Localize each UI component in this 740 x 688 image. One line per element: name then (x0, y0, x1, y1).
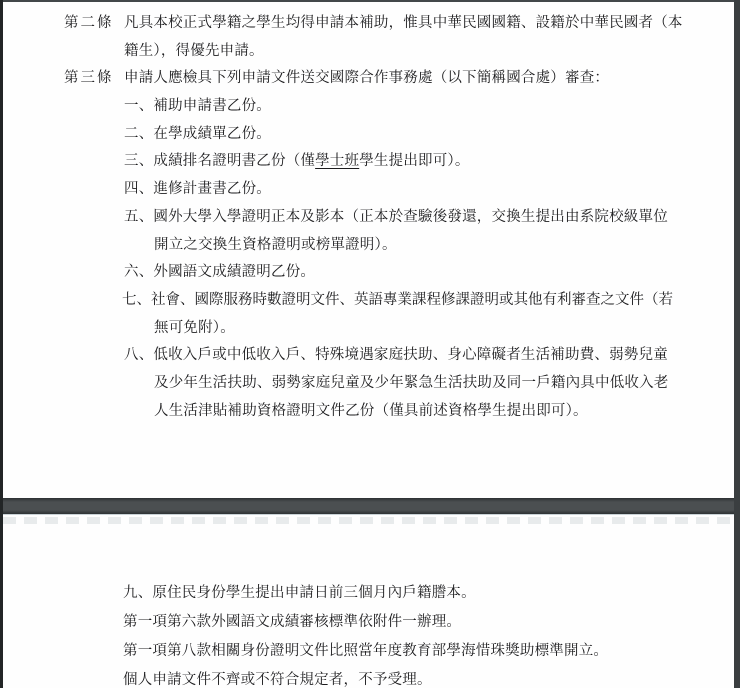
document-line: 六、外國語文成績證明乙份。 (124, 264, 315, 281)
document-text-layer: 第二條 凡具本校正式學籍之學生均得申請本補助，惟具中華民國國籍、設籍於中華民國者… (0, 0, 740, 688)
line-segment: 三、成績排名證明書乙份（僅 (124, 153, 315, 169)
document-line: 開立之交換生資格證明或榜單證明）。 (154, 237, 397, 254)
document-line: 一、補助申請書乙份。 (124, 98, 271, 115)
document-line: 第一項第八款相關身份證明文件比照當年度教育部學海惜珠獎助標準開立。 (123, 643, 608, 660)
document-line: 凡具本校正式學籍之學生均得申請本補助，惟具中華民國國籍、設籍於中華民國者（本 (124, 15, 683, 32)
underlined-text: 學士班 (315, 153, 359, 169)
document-viewer: 第二條 凡具本校正式學籍之學生均得申請本補助，惟具中華民國國籍、設籍於中華民國者… (0, 0, 740, 688)
document-line: 個人申請文件不齊或不符合規定者，不予受理。 (123, 672, 432, 688)
document-line: 籍生），得優先申請。 (124, 43, 264, 60)
document-line: 第一項第六款外國語文成績審核標準依附件一辦理。 (123, 614, 461, 631)
document-line: 及少年生活扶助、弱勢家庭兒童及少年緊急生活扶助及同一戶籍內具中低收入老 (154, 375, 669, 392)
document-line: 五、國外大學入學證明正本及影本（正本於查驗後發還，交換生提出由系院校級單位 (124, 209, 668, 226)
document-line: 七、社會、國際服務時數證明文件、英語專業課程修課證明或其他有利審查之文件（若 (122, 292, 673, 309)
window-left-edge (0, 0, 3, 688)
document-line: 八、低收入戶或中低收入戶、特殊境遇家庭扶助、身心障礙者生活補助費、弱勢兒童 (124, 347, 668, 364)
document-line: 四、進修計畫書乙份。 (124, 181, 271, 198)
document-line: 無可免附）。 (154, 320, 235, 337)
window-top-edge (0, 0, 740, 2)
document-line: 二、在學成績單乙份。 (124, 126, 271, 143)
article-label-3: 第三條 (64, 70, 114, 87)
document-line: 九、原住民身份學生提出申請日前三個月內戶籍謄本。 (123, 585, 476, 602)
window-right-edge (734, 0, 740, 688)
document-line: 人生活津貼補助資格證明文件乙份（僅具前述資格學生提出即可）。 (154, 403, 588, 420)
document-line: 申請人應檢具下列申請文件送交國際合作事務處（以下簡稱國合處）審查： (124, 70, 609, 87)
line-segment: 學生提出即可）。 (359, 153, 469, 169)
document-line: 三、成績排名證明書乙份（僅學士班學生提出即可）。 (124, 153, 470, 170)
article-label-2: 第二條 (64, 15, 114, 32)
